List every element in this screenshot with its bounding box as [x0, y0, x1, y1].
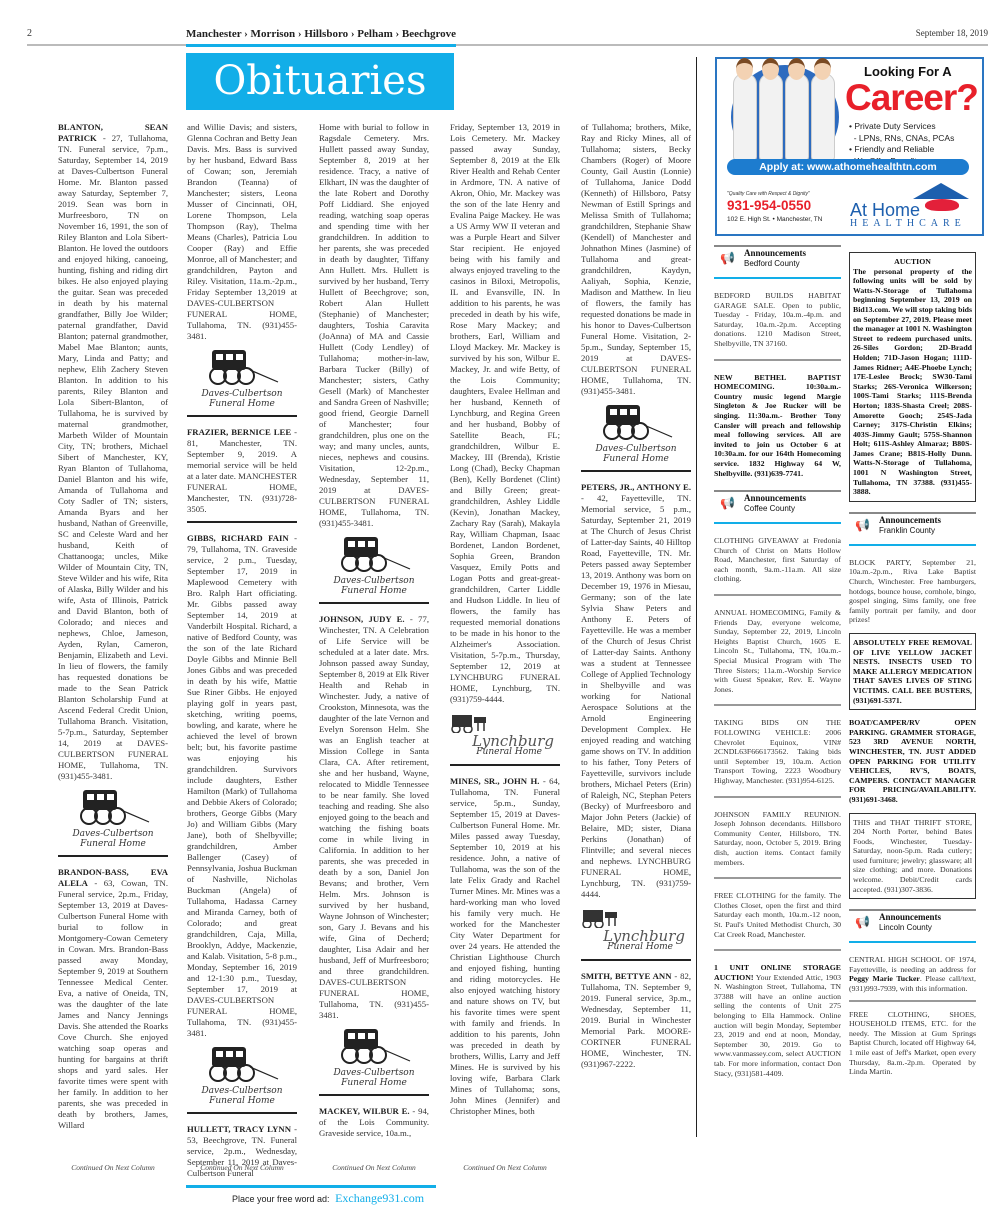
house-roof-icon — [913, 183, 969, 199]
announcements-header-coffee: 📢 Announcements Coffee County — [714, 490, 841, 524]
announcement-item: ANNUAL HOMECOMING, Family & Friends Day,… — [714, 608, 841, 694]
divider — [849, 1000, 976, 1002]
ad-headline: Career? — [845, 77, 978, 119]
exchange931-link[interactable]: Exchange931.com — [335, 1191, 424, 1205]
daves-culbertson-logo: Daves-Culbertson Funeral Home — [319, 1027, 429, 1088]
carriage-icon — [596, 403, 676, 441]
announcement-item: FREE CLOTHING, SHOES, HOUSEHOLD ITEMS, E… — [849, 1010, 976, 1077]
announcement-item: JOHNSON FAMILY REUNION. Joseph Johnson d… — [714, 810, 841, 868]
obit-column-5: of Tullahoma; brothers, Mike, Ray and Ri… — [581, 122, 691, 1070]
obit-name: GIBBS, RICHARD FAIN — [187, 533, 289, 543]
divider — [319, 602, 429, 604]
obituary-brandon-bass-cont: and Willie Davis; and sisters, Glenna Co… — [187, 122, 297, 342]
obituary-mines-cont: of Tullahoma; brothers, Mike, Ray and Ri… — [581, 122, 691, 397]
carriage-icon — [202, 1045, 282, 1083]
obituary-mackey-cont: Friday, September 13, 2019 in Lois Cemet… — [450, 122, 560, 705]
announcements-header-franklin: 📢 Announcements Franklin County — [849, 512, 976, 546]
continued-label: Continued On Next Column — [450, 1163, 560, 1172]
megaphone-icon: 📢 — [855, 918, 870, 928]
footer-label: Place your free word ad: — [232, 1194, 330, 1204]
carriage-icon — [202, 348, 282, 386]
divider — [714, 359, 841, 361]
announcements-column-right: AUCTION The personal property of the fol… — [849, 252, 976, 1077]
nurse-illustration — [811, 73, 835, 161]
column-divider — [696, 57, 697, 1137]
continued-label: Continued On Next Column — [187, 1163, 297, 1172]
obituary-brandon-bass: BRANDON-BASS, EVA ALELA - 63, Cowan, TN.… — [58, 867, 168, 1131]
megaphone-icon: 📢 — [720, 254, 735, 264]
obituary-smith: SMITH, BETTYE ANN - 82, Tullahoma, TN. S… — [581, 971, 691, 1070]
obit-column-4: Friday, September 13, 2019 in Lois Cemet… — [450, 122, 560, 1117]
announcement-item: BEDFORD BUILDS HABITAT GARAGE SALE. Open… — [714, 291, 841, 349]
ad-tagline: "Quality Care with Respect & Dignity" — [727, 191, 810, 197]
divider — [714, 704, 841, 706]
ad-address: 102 E. High St. • Manchester, TN — [727, 216, 822, 223]
daves-culbertson-logo: Daves-Culbertson Funeral Home — [58, 788, 168, 849]
obit-column-1: BLANTON, SEAN PATRICK - 27, Tullahoma, T… — [58, 122, 168, 1131]
continued-label: Continued On Next Column — [58, 1163, 168, 1172]
announcement-storage-auction: 1 UNIT ONLINE STORAGE AUCTION! Your Exte… — [714, 963, 841, 1078]
page-header: 2 Manchester › Morrison › Hillsboro › Pe… — [0, 0, 1000, 48]
divider — [187, 415, 297, 417]
ad-phone: 931-954-0550 — [727, 198, 811, 213]
divider — [714, 594, 841, 596]
obituary-peters: PETERS, JR., ANTHONY E. - 42, Fayettevil… — [581, 482, 691, 900]
obit-name: MINES, SR., JOHN H. — [450, 776, 539, 786]
divider — [581, 470, 691, 472]
obit-name: JOHNSON, JUDY E. — [319, 614, 405, 624]
obit-name: PETERS, JR., ANTHONY E. — [581, 482, 691, 492]
announcement-item: CENTRAL HIGH SCHOOL OF 1974, Fayettevill… — [849, 955, 976, 993]
announcement-item-boxed: THIS and THAT THRIFT STORE, 204 North Po… — [849, 813, 976, 900]
divider — [187, 1112, 297, 1114]
daves-culbertson-logo: Daves-Culbertson Funeral Home — [581, 403, 691, 464]
breadcrumb: Manchester › Morrison › Hillsboro › Pelh… — [186, 28, 456, 40]
lynchburg-funeral-home-logo: Lynchburg Funeral Home — [581, 906, 691, 953]
megaphone-icon: 📢 — [855, 521, 870, 531]
carriage-icon — [73, 788, 153, 826]
daves-culbertson-logo: Daves-Culbertson Funeral Home — [187, 1045, 297, 1106]
obituary-blanton: BLANTON, SEAN PATRICK - 27, Tullahoma, T… — [58, 122, 168, 782]
footer-accent-rule — [186, 1185, 436, 1188]
obituary-mackey: MACKEY, WILBUR E. - 94, of the Lois Comm… — [319, 1106, 429, 1139]
obituary-frazier: FRAZIER, BERNICE LEE - 81, Manchester, T… — [187, 427, 297, 515]
carriage-icon — [334, 535, 414, 573]
announcement-item: FREE CLOTHING for the family. The Clothe… — [714, 891, 841, 939]
obit-name: FRAZIER, BERNICE LEE — [187, 427, 291, 437]
continued-label: Continued On Next Column — [319, 1163, 429, 1172]
brand-subtitle: HEALTHCARE — [850, 218, 966, 229]
announcement-item: BLOCK PARTY, September 21, 10a.m.-2p.m.,… — [849, 558, 976, 625]
divider — [58, 855, 168, 857]
announcement-item: NEW BETHEL BAPTIST HOMECOMING. 10:30a.m.… — [714, 373, 841, 479]
obit-column-3: Home with burial to follow in Ragsdale C… — [319, 122, 429, 1139]
divider — [714, 877, 841, 879]
daves-culbertson-logo: Daves-Culbertson Funeral Home — [319, 535, 429, 596]
obit-name: HULLETT, TRACY LYNN — [187, 1124, 291, 1134]
divider — [187, 521, 297, 523]
obit-column-2: and Willie Davis; and sisters, Glenna Co… — [187, 122, 297, 1179]
section-title: Obituaries — [186, 53, 454, 110]
obituary-mines: MINES, SR., JOHN H. - 64, Tullahoma, TN.… — [450, 776, 560, 1117]
header-rule — [27, 44, 988, 46]
divider — [450, 764, 560, 766]
nurse-illustration — [733, 73, 757, 161]
divider — [581, 959, 691, 961]
announcements-header-lincoln: 📢 Announcements Lincoln County — [849, 909, 976, 943]
issue-date: September 18, 2019 — [916, 28, 988, 38]
carriage-icon — [334, 1027, 414, 1065]
announcement-item: TAKING BIDS ON THE FOLLOWING VEHICLE: 20… — [714, 718, 841, 785]
divider — [319, 1094, 429, 1096]
announcement-item: CLOTHING GIVEAWAY at Fredonia Church of … — [714, 536, 841, 584]
hearse-icon — [581, 906, 691, 928]
heart-icon — [925, 199, 959, 211]
announcements-column-left: 📢 Announcements Bedford County BEDFORD B… — [714, 245, 841, 1078]
obituary-gibbs: GIBBS, RICHARD FAIN - 79, Tullahoma, TN.… — [187, 533, 297, 1039]
divider — [714, 796, 841, 798]
announcement-item-boxed: ABSOLUTELY FREE REMOVAL OF LIVE YELLOW J… — [849, 633, 976, 710]
obituary-johnson: JOHNSON, JUDY E. - 77, Winchester, TN. A… — [319, 614, 429, 1021]
nurse-illustration — [785, 73, 809, 161]
megaphone-icon: 📢 — [720, 499, 735, 509]
divider — [714, 949, 841, 951]
footer: Place your free word ad: Exchange931.com — [232, 1191, 424, 1206]
page-number: 2 — [27, 28, 32, 39]
obit-name: SMITH, BETTYE ANN — [581, 971, 671, 981]
announcement-item: BOAT/CAMPER/RV OPEN PARKING. GRAMMER STO… — [849, 718, 976, 804]
obit-name: MACKEY, WILBUR E. — [319, 1106, 410, 1116]
header-accent-rule — [186, 44, 456, 47]
apply-link[interactable]: Apply at: www.athomehealthtn.com — [727, 159, 969, 175]
daves-culbertson-logo: Daves-Culbertson Funeral Home — [187, 348, 297, 409]
obituary-hullett-cont: Home with burial to follow in Ragsdale C… — [319, 122, 429, 529]
hearse-icon — [450, 711, 560, 733]
at-home-healthcare-ad[interactable]: Looking For A Career? • Private Duty Ser… — [715, 57, 984, 236]
auction-box: AUCTION The personal property of the fol… — [849, 252, 976, 502]
announcements-header-bedford: 📢 Announcements Bedford County — [714, 245, 841, 279]
nurse-illustration — [759, 73, 783, 161]
lynchburg-funeral-home-logo: Lynchburg Funeral Home — [450, 711, 560, 758]
